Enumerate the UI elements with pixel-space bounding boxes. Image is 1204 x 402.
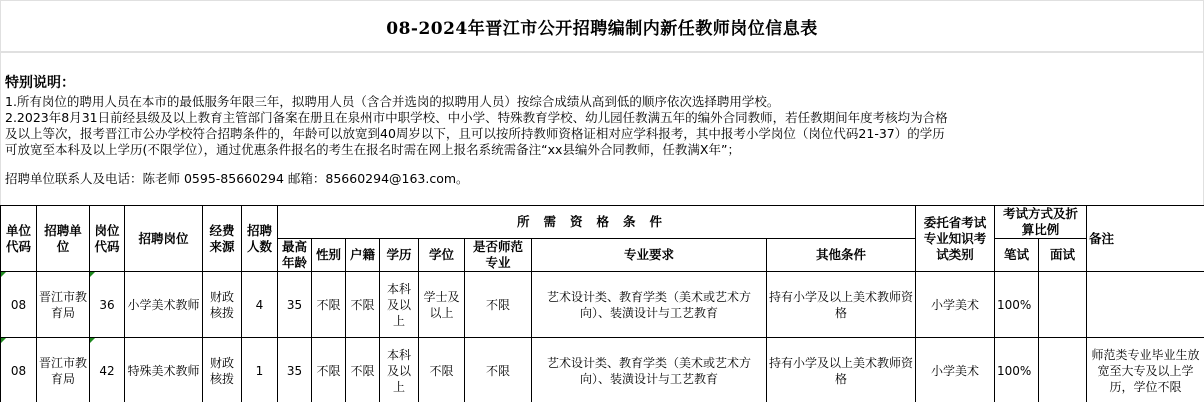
cell-gender[interactable]: 不限 [312,272,346,338]
cell-remarks[interactable] [1087,272,1204,338]
cell-normal-major[interactable]: 不限 [465,338,532,402]
table-row[interactable]: 08 晋江市教育局 36 小学美术教师 财政核拨 4 35 不限 不限 本科及以… [1,272,1204,338]
cell-count[interactable]: 4 [242,272,278,338]
cell-exam-category[interactable]: 小学美术 [916,338,995,402]
cell-degree[interactable]: 不限 [419,338,465,402]
cell-unit[interactable]: 晋江市教育局 [37,338,90,402]
header-unit: 招聘单位 [37,206,90,272]
header-post-code: 岗位代码 [90,206,125,272]
cell-normal-major[interactable]: 不限 [465,272,532,338]
cell-interview[interactable] [1039,338,1087,402]
cell-major[interactable]: 艺术设计类、教育学类（美术或艺术方向）、装潢设计与工艺教育 [532,338,767,402]
cell-gender[interactable]: 不限 [312,338,346,402]
header-row-1: 单位代码 招聘单位 岗位代码 招聘岗位 经费来源 招聘人数 所需资格条件 委托省… [1,206,1204,239]
header-written: 笔试 [995,239,1039,272]
cell-funding[interactable]: 财政核拨 [203,338,242,402]
cell-education[interactable]: 本科及以上 [380,338,419,402]
header-education: 学历 [380,239,419,272]
cell-education[interactable]: 本科及以上 [380,272,419,338]
positions-table: 单位代码 招聘单位 岗位代码 招聘岗位 经费来源 招聘人数 所需资格条件 委托省… [0,205,1204,402]
page-title: 08-2024年晋江市公开招聘编制内新任教师岗位信息表 [386,14,818,39]
table-row[interactable]: 08 晋江市教育局 42 特殊美术教师 财政核拨 1 35 不限 不限 本科及以… [1,338,1204,402]
notes-line-1: 1.所有岗位的聘用人员在本市的最低服务年限三年，拟聘用人员（含合并选岗的拟聘用人… [5,94,779,110]
cell-written[interactable]: 100% [995,338,1039,402]
header-qualifications: 所需资格条件 [278,206,916,239]
header-major: 专业要求 [532,239,767,272]
cell-other[interactable]: 持有小学及以上美术教师资格 [767,338,916,402]
cell-unit[interactable]: 晋江市教育局 [37,272,90,338]
cell-max-age[interactable]: 35 [278,338,312,402]
notes-line-2: 2.2023年8月31日前经县级及以上教育主管部门备案在册且在泉州市中职学校、中… [5,110,948,126]
header-degree: 学位 [419,239,465,272]
header-normal-major: 是否师范专业 [465,239,532,272]
cell-remarks[interactable]: 师范类专业毕业生放宽至大专及以上学历，学位不限 [1087,338,1204,402]
cell-interview[interactable] [1039,272,1087,338]
header-count: 招聘人数 [242,206,278,272]
header-gender: 性别 [312,239,346,272]
cell-exam-category[interactable]: 小学美术 [916,272,995,338]
cell-hukou[interactable]: 不限 [346,272,380,338]
cell-post-code[interactable]: 42 [90,338,125,402]
header-remarks: 备注 [1087,206,1204,272]
page-title-box: 08-2024年晋江市公开招聘编制内新任教师岗位信息表 [0,0,1204,52]
header-interview: 面试 [1039,239,1087,272]
cell-written[interactable]: 100% [995,272,1039,338]
cell-post-code[interactable]: 36 [90,272,125,338]
header-post: 招聘岗位 [125,206,203,272]
header-max-age: 最高年龄 [278,239,312,272]
notes-line-4: 可放宽至本科及以上学历(不限学位），通过优惠条件报名的考生在报名时需在网上报名系… [5,142,740,158]
header-exam-category: 委托省考试专业知识考试类别 [916,206,995,272]
header-exam-method: 考试方式及折算比例 [995,206,1087,239]
notes-contact-line: 招聘单位联系人及电话：陈老师 0595-85660294 邮箱：85660294… [5,171,469,187]
notes-line-3: 及以上等次，报考晋江市公办学校符合招聘条件的，年龄可以放宽到40周岁以下，且可以… [5,126,945,142]
notes-heading: 特别说明： [5,72,75,92]
cell-max-age[interactable]: 35 [278,272,312,338]
cell-degree[interactable]: 学士及以上 [419,272,465,338]
header-other: 其他条件 [767,239,916,272]
header-unit-code: 单位代码 [1,206,37,272]
special-notes: 特别说明： 1.所有岗位的聘用人员在本市的最低服务年限三年，拟聘用人员（含合并选… [0,52,1204,205]
cell-hukou[interactable]: 不限 [346,338,380,402]
header-hukou: 户籍 [346,239,380,272]
cell-unit-code[interactable]: 08 [1,338,37,402]
cell-unit-code[interactable]: 08 [1,272,37,338]
cell-major[interactable]: 艺术设计类、教育学类（美术或艺术方向）、装潢设计与工艺教育 [532,272,767,338]
cell-post[interactable]: 特殊美术教师 [125,338,203,402]
cell-funding[interactable]: 财政核拨 [203,272,242,338]
cell-count[interactable]: 1 [242,338,278,402]
cell-post[interactable]: 小学美术教师 [125,272,203,338]
header-funding: 经费来源 [203,206,242,272]
cell-other[interactable]: 持有小学及以上美术教师资格 [767,272,916,338]
